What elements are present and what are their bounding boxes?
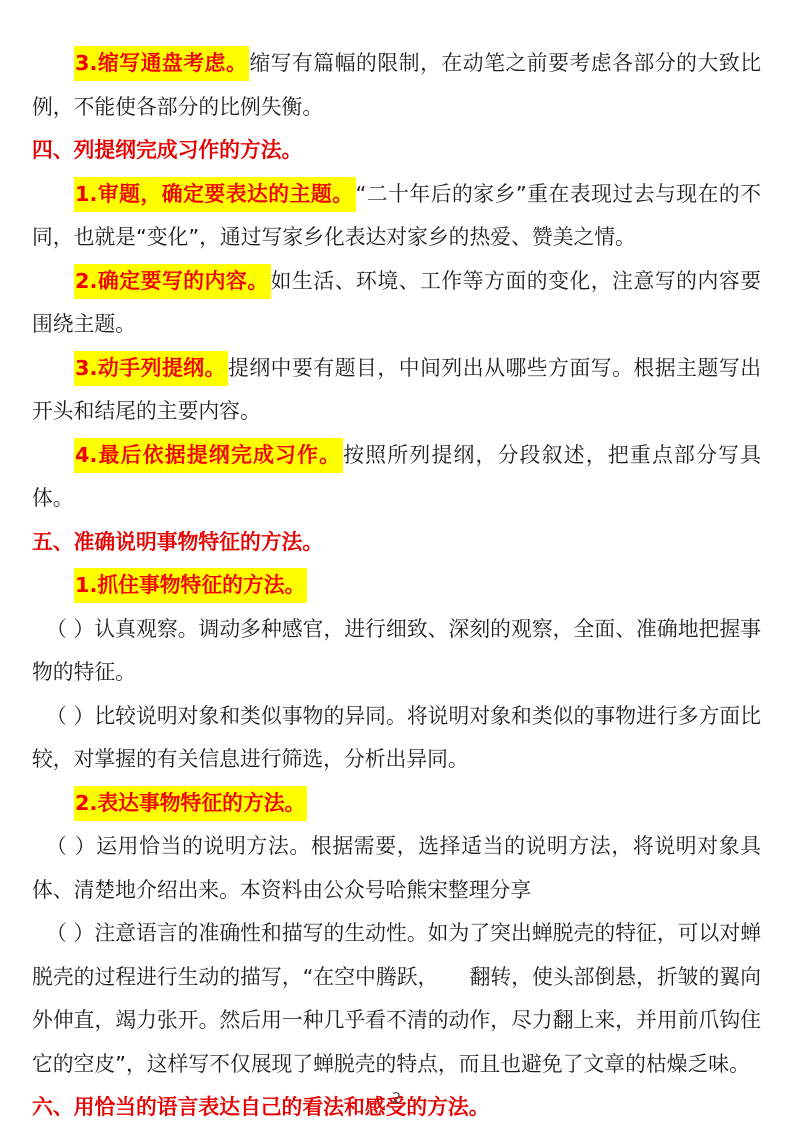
paragraph: 3.动手列提纲。提纲中要有题目，中间列出从哪些方面写。根据主题写出开头和结尾的主… — [32, 347, 761, 434]
highlighted-lead: 3.动手列提纲。 — [74, 351, 228, 386]
paragraph: （ ）认真观察。调动多种感官，进行细致、深刻的观察，全面、准确地把握事物的特征。 — [32, 608, 761, 695]
document-page: 3.缩写通盘考虑。缩写有篇幅的限制，在动笔之前要考虑各部分的大致比例，不能使各部… — [0, 0, 793, 1122]
page-number: 2 — [0, 1089, 793, 1107]
highlighted-lead: 1.审题，确定要表达的主题。 — [74, 177, 356, 212]
highlighted-lead: 4.最后依据提纲完成习作。 — [74, 438, 343, 473]
highlighted-lead: 2.表达事物特征的方法。 — [74, 786, 307, 821]
highlighted-lead: 1.抓住事物特征的方法。 — [74, 568, 307, 603]
paragraph: 2.表达事物特征的方法。 — [32, 782, 761, 826]
paragraph-text: （ ）比较说明对象和类似事物的异同。将说明对象和类似的事物进行多方面比较，对掌握… — [32, 704, 761, 772]
section-heading: 五、准确说明事物特征的方法。 — [32, 521, 761, 565]
paragraph: 3.缩写通盘考虑。缩写有篇幅的限制，在动笔之前要考虑各部分的大致比例，不能使各部… — [32, 42, 761, 129]
document-body: 3.缩写通盘考虑。缩写有篇幅的限制，在动笔之前要考虑各部分的大致比例，不能使各部… — [0, 0, 761, 1122]
highlighted-lead: 3.缩写通盘考虑。 — [74, 46, 249, 81]
paragraph-text: （ ）注意语言的准确性和描写的生动性。如为了突出蝉脱壳的特征，可以对蝉脱壳的过程… — [32, 921, 761, 1076]
highlighted-lead: 2.确定要写的内容。 — [74, 264, 271, 299]
section-heading: 四、列提纲完成习作的方法。 — [32, 129, 761, 173]
paragraph: 2.确定要写的内容。如生活、环境、工作等方面的变化，注意写的内容要围绕主题。 — [32, 260, 761, 347]
paragraph-text: （ ）运用恰当的说明方法。根据需要，选择适当的说明方法，将说明对象具体、清楚地介… — [32, 834, 761, 902]
paragraph: 1.审题，确定要表达的主题。“二十年后的家乡”重在表现过去与现在的不同，也就是“… — [32, 173, 761, 260]
paragraph-text: （ ）认真观察。调动多种感官，进行细致、深刻的观察，全面、准确地把握事物的特征。 — [32, 617, 761, 685]
paragraph: （ ）比较说明对象和类似事物的异同。将说明对象和类似的事物进行多方面比较，对掌握… — [32, 695, 761, 782]
paragraph: （ ）注意语言的准确性和描写的生动性。如为了突出蝉脱壳的特征，可以对蝉脱壳的过程… — [32, 912, 761, 1086]
paragraph: 4.最后依据提纲完成习作。按照所列提纲，分段叙述，把重点部分写具体。 — [32, 434, 761, 521]
paragraph: （ ）运用恰当的说明方法。根据需要，选择适当的说明方法，将说明对象具体、清楚地介… — [32, 825, 761, 912]
paragraph: 1.抓住事物特征的方法。 — [32, 564, 761, 608]
